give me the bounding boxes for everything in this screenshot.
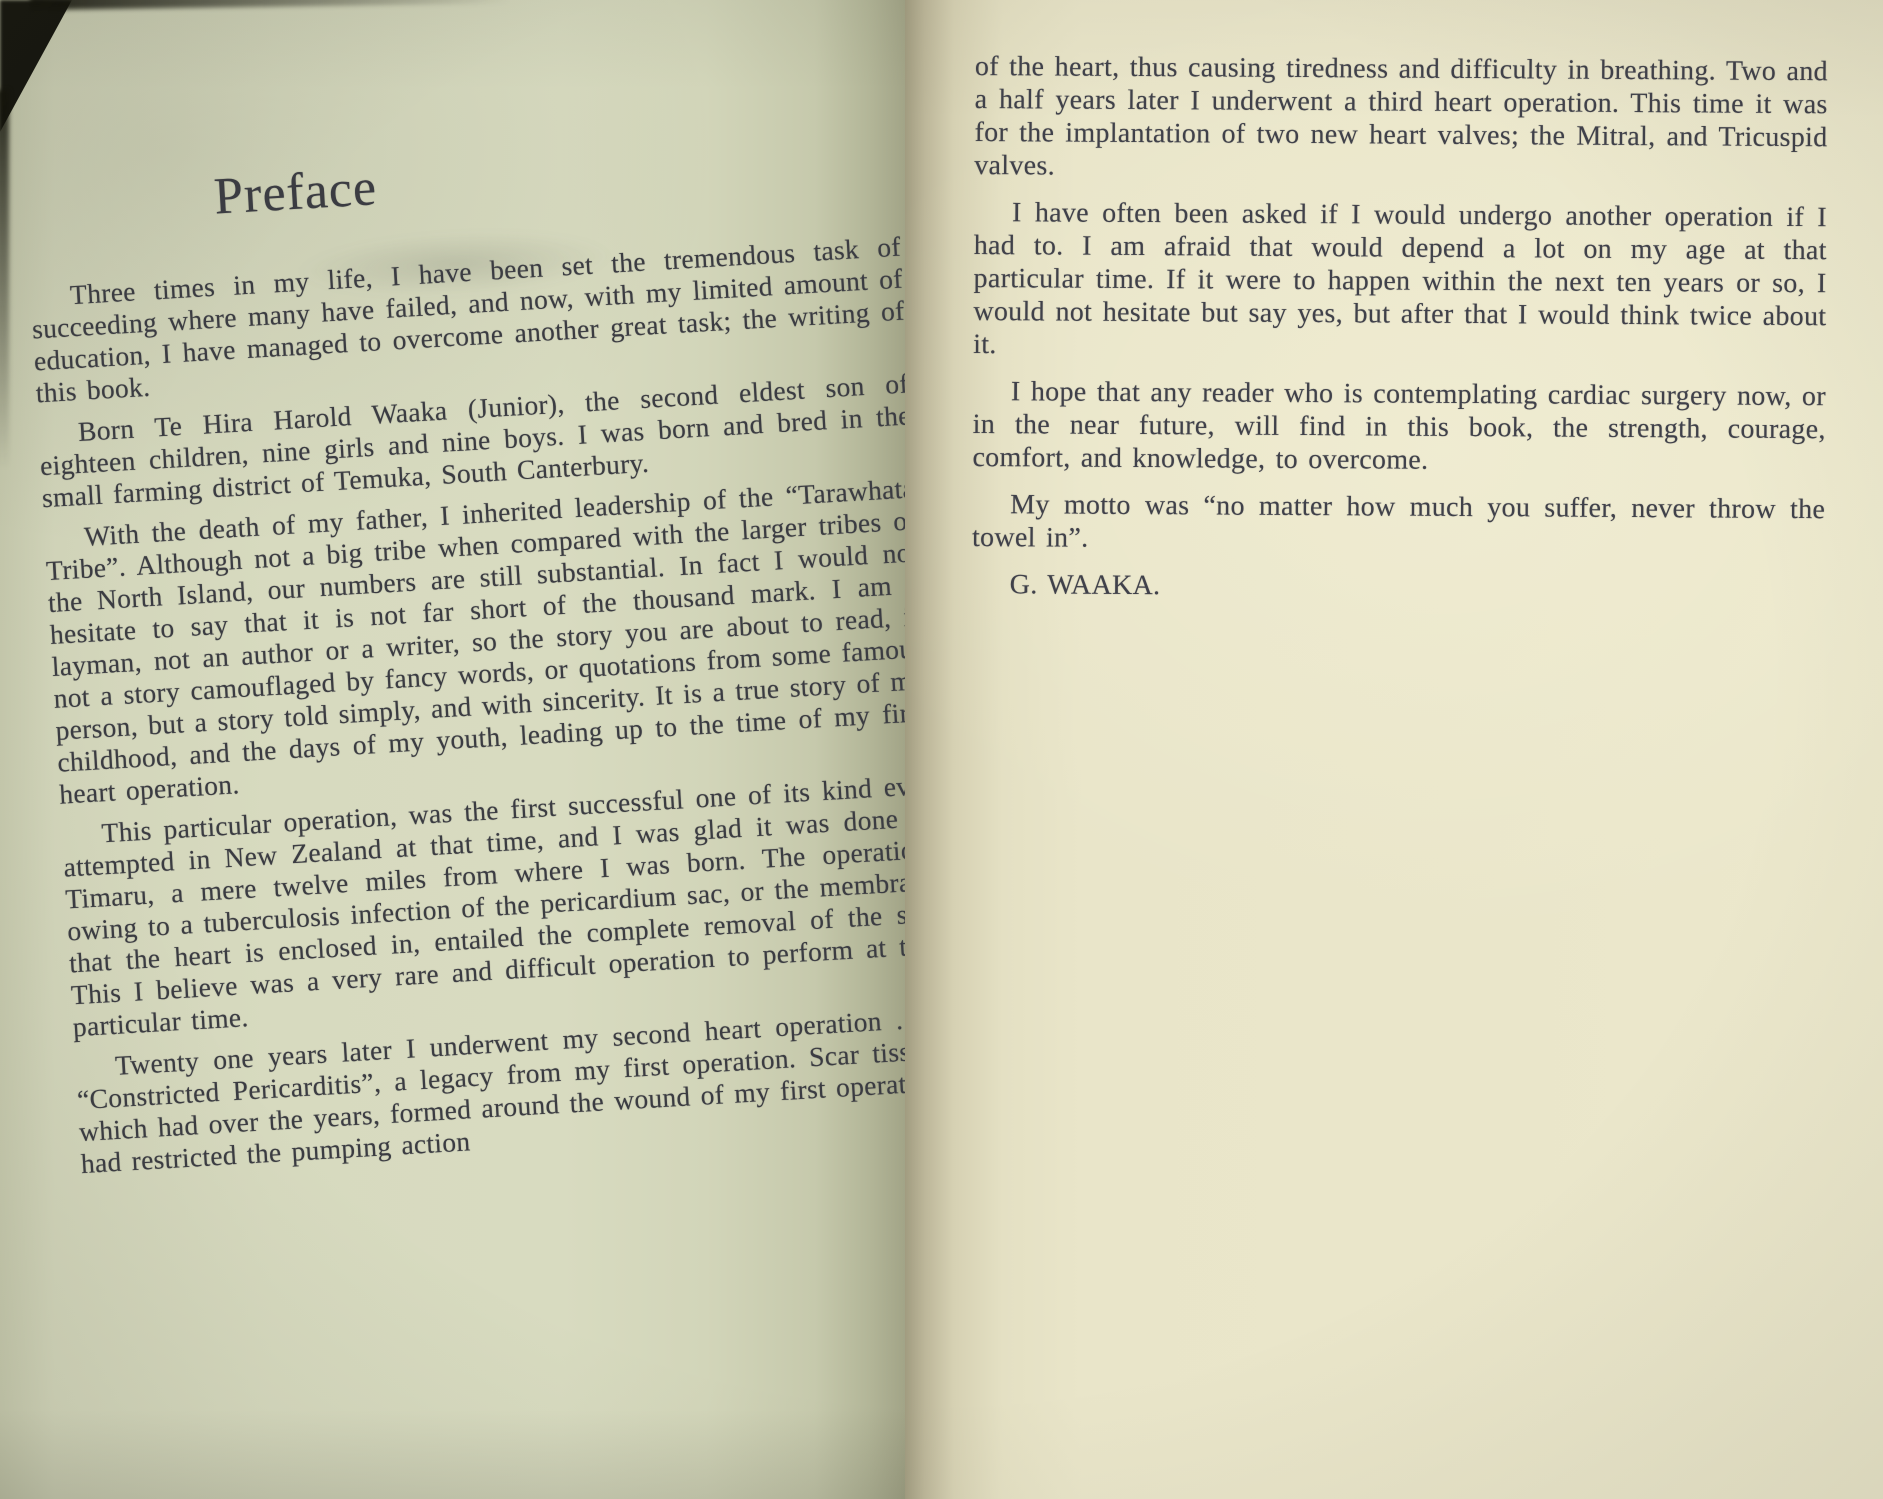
preface-title: Preface	[23, 129, 897, 237]
left-page-text: Preface Three times in my life, I have b…	[22, 99, 953, 1189]
photo-left-edge-shadow	[0, 90, 9, 470]
author-signature: G. WAAKA.	[972, 568, 1825, 606]
left-page: Preface Three times in my life, I have b…	[0, 0, 905, 1499]
right-paragraph-2: I have often been asked if I would under…	[973, 196, 1827, 366]
book-photo: Preface Three times in my life, I have b…	[0, 0, 1883, 1499]
right-paragraph-1: of the heart, thus causing tiredness and…	[974, 50, 1828, 187]
right-paragraph-3: I hope that any reader who is contemplat…	[972, 375, 1826, 479]
right-page-text: of the heart, thus causing tiredness and…	[972, 50, 1828, 620]
right-page: of the heart, thus causing tiredness and…	[905, 0, 1883, 1499]
right-paragraph-4: My motto was “no matter how much you suf…	[972, 488, 1825, 559]
left-paragraph-4: This particular operation, was the first…	[61, 769, 945, 1044]
left-paragraph-3: With the death of my father, I inherited…	[43, 472, 930, 810]
